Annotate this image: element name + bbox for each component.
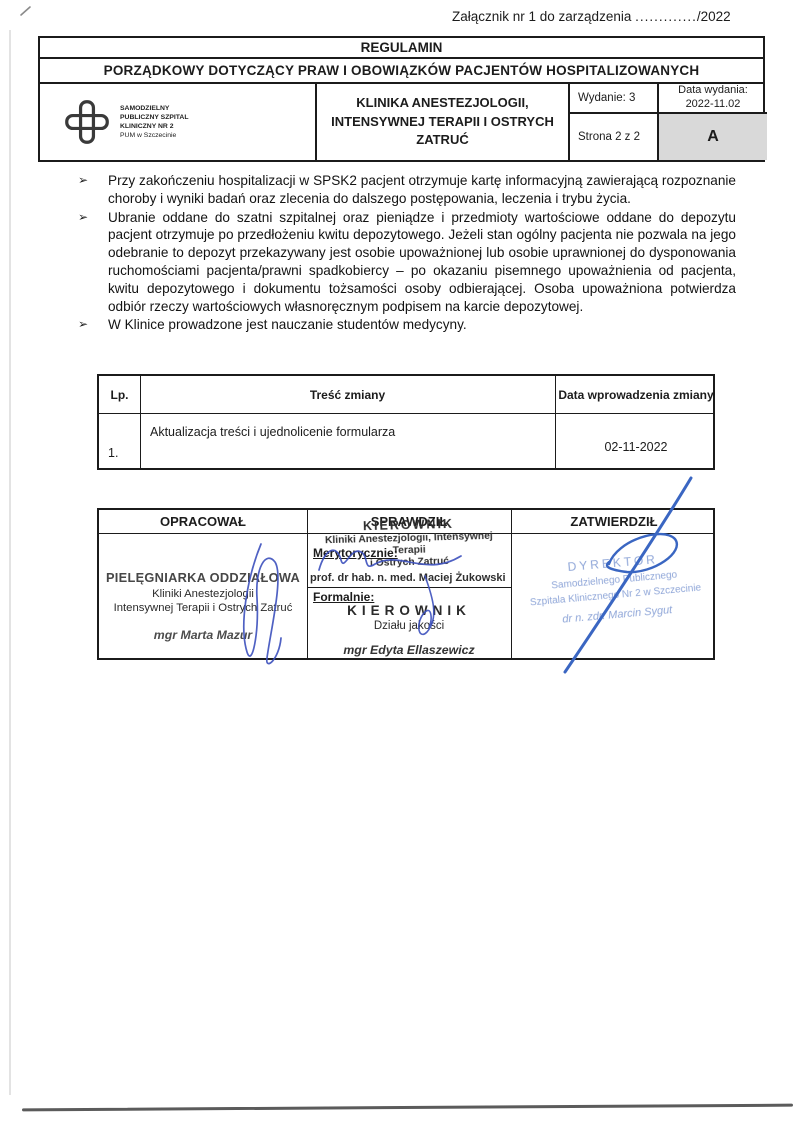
prepared-name: mgr Marta Mazur xyxy=(99,628,307,644)
formalnie-label: Formalnie: xyxy=(313,590,374,604)
bullet-text-1: Przy zakończeniu hospitalizacji w SPSK2 … xyxy=(108,172,736,208)
regulation-subtitle: PORZĄDKOWY DOTYCZĄCY PRAW I OBOWIĄZKÓW P… xyxy=(40,59,763,84)
edition-cell: Wydanie: 3 xyxy=(570,84,659,114)
scan-edge-line xyxy=(9,30,11,1095)
list-item: ➢ Przy zakończeniu hospitalizacji w SPSK… xyxy=(78,172,736,208)
scanned-document-page: Załącznik nr 1 do zarządzenia ..........… xyxy=(0,0,793,1122)
page-number-cell: Strona 2 z 2 xyxy=(570,114,659,160)
pen-mark-icon xyxy=(19,5,33,17)
column-header-tresc: Treść zmiany xyxy=(140,376,555,413)
table-row-data: 02-11-2022 xyxy=(555,413,717,468)
arrow-bullet-icon: ➢ xyxy=(78,209,108,316)
prepared-role-line2: Kliniki Anestezjologii xyxy=(99,587,307,602)
list-item: ➢ Ubranie oddane do szatni szpitalnej or… xyxy=(78,209,736,316)
hospital-name-line2: PUBLICZNY SZPITAL xyxy=(120,113,188,122)
revision-letter-cell: A xyxy=(659,114,767,160)
arrow-bullet-icon: ➢ xyxy=(78,172,108,208)
attachment-year: /2022 xyxy=(697,9,731,24)
checked-name: mgr Edyta Ellaszewicz xyxy=(307,643,511,657)
hospital-name: SAMODZIELNY PUBLICZNY SZPITAL KLINICZNY … xyxy=(120,104,188,141)
table-row-tresc: Aktualizacja treści i ujednolicenie form… xyxy=(140,413,555,468)
arrow-bullet-icon: ➢ xyxy=(78,316,108,334)
hospital-name-line1: SAMODZIELNY xyxy=(120,104,188,113)
hospital-logo-cell: SAMODZIELNY PUBLICZNY SZPITAL KLINICZNY … xyxy=(40,84,317,160)
attachment-line: Załącznik nr 1 do zarządzenia ..........… xyxy=(452,9,731,24)
column-header-lp: Lp. xyxy=(99,376,140,413)
prepared-role-title: PIELĘGNIARKA ODDZIAŁOWA xyxy=(99,570,307,587)
table-row-lp: 1. xyxy=(99,413,140,468)
issue-date-value: 2022-11.02 xyxy=(686,98,741,112)
issue-date-cell: Data wydania: 2022-11.02 xyxy=(659,84,767,114)
signature-table: OPRACOWAŁ SPRAWDZIŁ ZATWIERDZIŁ PIELĘGNI… xyxy=(97,508,715,660)
approved-stamp: DYREKTOR Samodzielnego Publicznego Szpit… xyxy=(514,546,715,632)
scan-page-bottom-shadow xyxy=(22,1104,793,1112)
attachment-prefix: Załącznik nr 1 do zarządzenia xyxy=(452,9,635,24)
checked-stamp-name: prof. dr hab. n. med. Maciej Żukowski xyxy=(310,572,510,584)
checked-stamp: KIEROWNIK Kliniki Anestezjologii, Intens… xyxy=(310,515,507,571)
prepared-by-block: PIELĘGNIARKA ODDZIAŁOWA Kliniki Anestezj… xyxy=(99,570,307,644)
bullet-text-2: Ubranie oddane do szatni szpitalnej oraz… xyxy=(108,209,736,316)
hospital-cross-logo-icon xyxy=(64,99,110,145)
merytorycznie-label: Merytorycznie: xyxy=(313,546,398,560)
column-header-data: Data wprowadzenia zmiany xyxy=(555,376,717,413)
table-divider xyxy=(307,587,511,588)
issue-date-label: Data wydania: xyxy=(678,84,748,98)
attachment-dotted-line: ............. xyxy=(635,9,697,24)
change-log-table: Lp. Treść zmiany Data wprowadzenia zmian… xyxy=(97,374,715,470)
column-header-opracowal: OPRACOWAŁ xyxy=(99,510,307,533)
prepared-role-line3: Intensywnej Terapii i Ostrych Zatruć xyxy=(99,601,307,616)
list-item: ➢ W Klinice prowadzone jest nauczanie st… xyxy=(78,316,736,334)
regulation-title: REGULAMIN xyxy=(40,38,763,59)
hospital-name-line3: KLINICZNY NR 2 xyxy=(120,122,188,131)
document-header-table: REGULAMIN PORZĄDKOWY DOTYCZĄCY PRAW I OB… xyxy=(38,36,765,162)
bullet-text-3: W Klinice prowadzone jest nauczanie stud… xyxy=(108,316,736,334)
quality-head-dept: Działu jakości xyxy=(307,620,511,632)
column-header-zatwierdzil: ZATWIERDZIŁ xyxy=(511,510,717,533)
regulation-bullet-list: ➢ Przy zakończeniu hospitalizacji w SPSK… xyxy=(78,172,736,335)
hospital-name-line4: PUM w Szczecinie xyxy=(120,131,188,140)
clinic-title: KLINIKA ANESTEZJOLOGII, INTENSYWNEJ TERA… xyxy=(317,84,570,160)
quality-head-title: KIEROWNIK xyxy=(307,603,511,618)
